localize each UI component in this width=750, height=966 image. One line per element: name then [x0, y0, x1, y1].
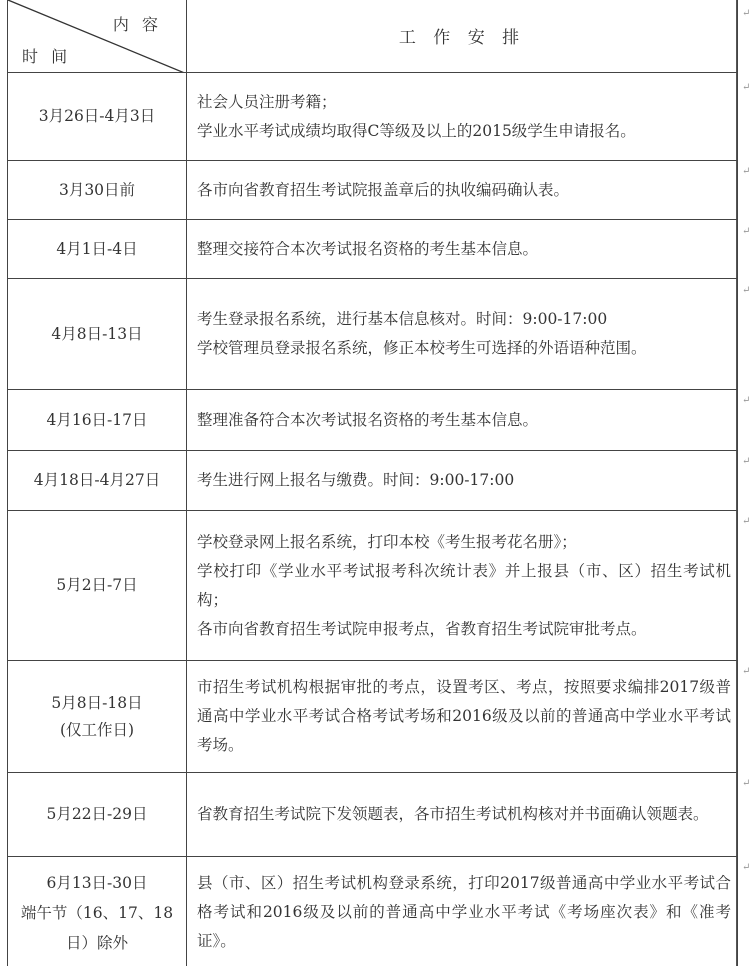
row-end-mark: ↵: [742, 166, 750, 177]
work-cell: 考生登录报名系统，进行基本信息核对。时间：9:00-17:00学校管理员登录报名…: [187, 279, 738, 390]
work-cell: 学校登录网上报名系统，打印本校《考生报考花名册》；学校打印《学业水平考试报考科次…: [187, 511, 738, 661]
row-end-mark: ↵: [742, 285, 750, 296]
time-cell: 4月1日-4日: [8, 220, 187, 279]
work-cell: 县（市、区）招生考试机构登录系统，打印2017级普通高中学业水平考试合格考试和2…: [187, 857, 738, 966]
time-cell: 3月30日前: [8, 161, 187, 220]
page-margin: [737, 0, 750, 966]
header-diagonal-cell: 内 容 时 间: [8, 0, 187, 73]
table-row: 4月16日-17日 整理准备符合本次考试报名资格的考生基本信息。: [8, 390, 738, 451]
table-row: 4月8日-13日 考生登录报名系统，进行基本信息核对。时间：9:00-17:00…: [8, 279, 738, 390]
work-cell: 市招生考试机构根据审批的考点，设置考区、考点，按照要求编排2017级普通高中学业…: [187, 661, 738, 773]
table-row: 4月18日-4月27日 考生进行网上报名与缴费。时间：9:00-17:00: [8, 451, 738, 511]
work-cell: 省教育招生考试院下发领题表，各市招生考试机构核对并书面确认领题表。: [187, 773, 738, 857]
work-cell: 考生进行网上报名与缴费。时间：9:00-17:00: [187, 451, 738, 511]
time-cell: 4月18日-4月27日: [8, 451, 187, 511]
table-row: 4月1日-4日 整理交接符合本次考试报名资格的考生基本信息。: [8, 220, 738, 279]
work-cell: 整理准备符合本次考试报名资格的考生基本信息。: [187, 390, 738, 451]
table-row: 3月30日前 各市向省教育招生考试院报盖章后的执收编码确认表。: [8, 161, 738, 220]
time-cell: 4月16日-17日: [8, 390, 187, 451]
work-cell: 整理交接符合本次考试报名资格的考生基本信息。: [187, 220, 738, 279]
row-end-mark: ↵: [742, 226, 750, 237]
row-end-mark: ↵: [742, 395, 750, 406]
table-row: 5月8日-18日(仅工作日) 市招生考试机构根据审批的考点，设置考区、考点，按照…: [8, 661, 738, 773]
time-cell: 6月13日-30日端午节（16、17、18日）除外: [8, 857, 187, 966]
header-time-label: 时 间: [22, 44, 71, 67]
header-content-label: 内 容: [113, 12, 162, 35]
table-row: 5月22日-29日 省教育招生考试院下发领题表，各市招生考试机构核对并书面确认领…: [8, 773, 738, 857]
work-cell: 各市向省教育招生考试院报盖章后的执收编码确认表。: [187, 161, 738, 220]
table-header-row: 内 容 时 间 工 作 安 排: [8, 0, 738, 73]
time-cell: 3月26日-4月3日: [8, 73, 187, 161]
table-row: 3月26日-4月3日 社会人员注册考籍；学业水平考试成绩均取得C等级及以上的20…: [8, 73, 738, 161]
header-work-title: 工 作 安 排: [187, 0, 738, 73]
table-row: 6月13日-30日端午节（16、17、18日）除外 县（市、区）招生考试机构登录…: [8, 857, 738, 966]
time-cell: 4月8日-13日: [8, 279, 187, 390]
row-end-mark: ↵: [742, 862, 750, 873]
row-end-mark: ↵: [742, 82, 750, 93]
time-cell: 5月2日-7日: [8, 511, 187, 661]
schedule-table: 内 容 时 间 工 作 安 排 3月26日-4月3日 社会人员注册考籍；学业水平…: [7, 0, 738, 966]
row-end-mark: ↵: [742, 456, 750, 467]
row-end-mark: ↵: [742, 516, 750, 527]
time-cell: 5月8日-18日(仅工作日): [8, 661, 187, 773]
row-end-mark: ↵: [742, 778, 750, 789]
time-cell: 5月22日-29日: [8, 773, 187, 857]
row-end-mark: ↵: [742, 666, 750, 677]
work-cell: 社会人员注册考籍；学业水平考试成绩均取得C等级及以上的2015级学生申请报名。: [187, 73, 738, 161]
table-row: 5月2日-7日 学校登录网上报名系统，打印本校《考生报考花名册》；学校打印《学业…: [8, 511, 738, 661]
row-end-mark: ↵: [742, 8, 750, 19]
